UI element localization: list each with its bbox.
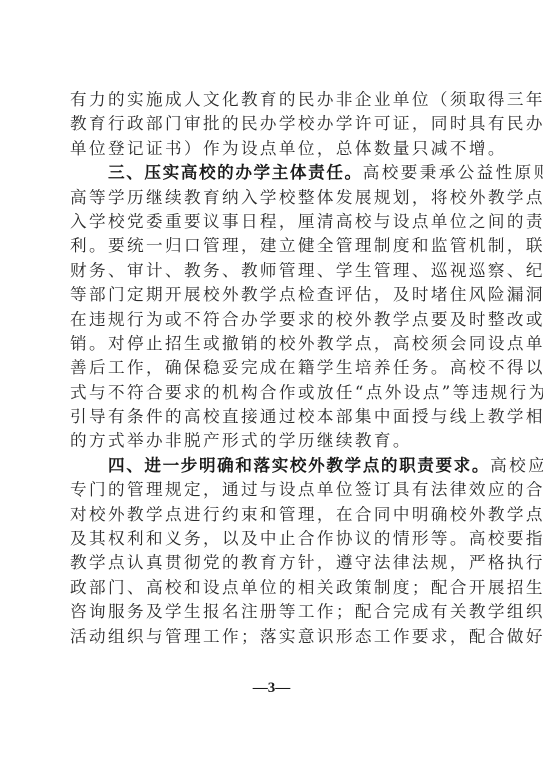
line-text: 利。要统一归口管理，建立健全管理制度和监管机制，联合学校	[70, 236, 543, 255]
line-text: 引导有条件的高校直接通过校本部集中面授与线上教学相结合	[70, 407, 543, 426]
section-heading-line: 四、进一步明确和落实校外教学点的职责要求。高校应制定	[70, 454, 474, 478]
line-text: 单位登记证书）作为设点单位，总体数量只减不增。	[70, 139, 507, 158]
text-line: 政部门、高校和设点单位的相关政策制度；配合开展招生宣传、	[70, 576, 474, 600]
line-text: 在违规行为或不符合办学要求的校外教学点要及时整改或者撤	[70, 310, 543, 329]
line-text: 教育行政部门审批的民办学校办学许可证，同时具有民办非企业	[70, 114, 543, 133]
page-number: —3—	[0, 680, 543, 697]
text-line: 入学校党委重要议事日程，厘清高校与设点单位之间的责、权、	[70, 210, 474, 234]
text-line: 销。对停止招生或撤销的校外教学点，高校须会同设点单位做好	[70, 332, 474, 356]
line-text: 销。对停止招生或撤销的校外教学点，高校须会同设点单位做好	[70, 334, 543, 353]
line-text: 专门的管理规定，通过与设点单位签订具有法律效应的合同方式	[70, 480, 543, 499]
text-line: 式与不符合要求的机构合作或放任“点外设点”等违规行为。支持、	[70, 381, 474, 405]
line-text: 高等学历继续教育纳入学校整体发展规划，将校外教学点建设纳	[70, 188, 543, 207]
section-heading-3: 三、压实高校的办学主体责任。	[108, 163, 363, 182]
text-line: 引导有条件的高校直接通过校本部集中面授与线上教学相结合	[70, 405, 474, 429]
document-body: 有力的实施成人文化教育的民办非企业单位（须取得三年以上经 教育行政部门审批的民办…	[70, 88, 474, 649]
text-line: 财务、审计、教务、教师管理、学生管理、巡视巡察、纪检监察	[70, 259, 474, 283]
section-heading-line: 三、压实高校的办学主体责任。高校要秉承公益性原则，将	[70, 161, 474, 185]
text-line: 对校外教学点进行约束和管理，在合同中明确校外教学点的职责	[70, 503, 474, 527]
text-line: 教育行政部门审批的民办学校办学许可证，同时具有民办非企业	[70, 112, 474, 136]
line-text: 善后工作，确保稳妥完成在籍学生培养任务。高校不得以任何形	[70, 358, 543, 377]
line-text: 高校要秉承公益性原则，将	[363, 163, 543, 182]
line-text: 等部门定期开展校外教学点检查评估，及时堵住风险漏洞。对存	[70, 285, 543, 304]
text-line: 在违规行为或不符合办学要求的校外教学点要及时整改或者撤	[70, 308, 474, 332]
text-line: 活动组织与管理工作；落实意识形态工作要求，配合做好学生的	[70, 625, 474, 649]
line-text: 有力的实施成人文化教育的民办非企业单位（须取得三年以上经	[70, 90, 543, 109]
section-heading-4: 四、进一步明确和落实校外教学点的职责要求。	[108, 456, 490, 475]
document-page: 有力的实施成人文化教育的民办非企业单位（须取得三年以上经 教育行政部门审批的民办…	[0, 0, 543, 768]
line-text: 咨询服务及学生报名注册等工作；配合完成有关教学组织、学生	[70, 602, 543, 621]
text-line: 的方式举办非脱产形式的学历继续教育。	[70, 429, 474, 453]
text-line: 善后工作，确保稳妥完成在籍学生培养任务。高校不得以任何形	[70, 356, 474, 380]
line-text: 入学校党委重要议事日程，厘清高校与设点单位之间的责、权、	[70, 212, 543, 231]
line-text: 财务、审计、教务、教师管理、学生管理、巡视巡察、纪检监察	[70, 261, 543, 280]
text-line: 教学点认真贯彻党的教育方针，遵守法律法规，严格执行教育行	[70, 551, 474, 575]
line-text: 的方式举办非脱产形式的学历继续教育。	[70, 431, 412, 450]
text-line: 咨询服务及学生报名注册等工作；配合完成有关教学组织、学生	[70, 600, 474, 624]
line-text: 政部门、高校和设点单位的相关政策制度；配合开展招生宣传、	[70, 578, 543, 597]
text-line: 利。要统一归口管理，建立健全管理制度和监管机制，联合学校	[70, 234, 474, 258]
line-text: 活动组织与管理工作；落实意识形态工作要求，配合做好学生的	[70, 627, 543, 646]
text-line: 高等学历继续教育纳入学校整体发展规划，将校外教学点建设纳	[70, 186, 474, 210]
text-line: 及其权利和义务，以及中止合作协议的情形等。高校要指导校外	[70, 527, 474, 551]
line-text: 高校应制定	[490, 456, 543, 475]
text-line: 等部门定期开展校外教学点检查评估，及时堵住风险漏洞。对存	[70, 283, 474, 307]
line-text: 教学点认真贯彻党的教育方针，遵守法律法规，严格执行教育行	[70, 553, 543, 572]
text-line: 专门的管理规定，通过与设点单位签订具有法律效应的合同方式	[70, 478, 474, 502]
line-text: 及其权利和义务，以及中止合作协议的情形等。高校要指导校外	[70, 529, 543, 548]
text-line: 有力的实施成人文化教育的民办非企业单位（须取得三年以上经	[70, 88, 474, 112]
line-text: 式与不符合要求的机构合作或放任“点外设点”等违规行为。支持、	[70, 383, 543, 402]
text-line: 单位登记证书）作为设点单位，总体数量只减不增。	[70, 137, 474, 161]
line-text: 对校外教学点进行约束和管理，在合同中明确校外教学点的职责	[70, 505, 543, 524]
